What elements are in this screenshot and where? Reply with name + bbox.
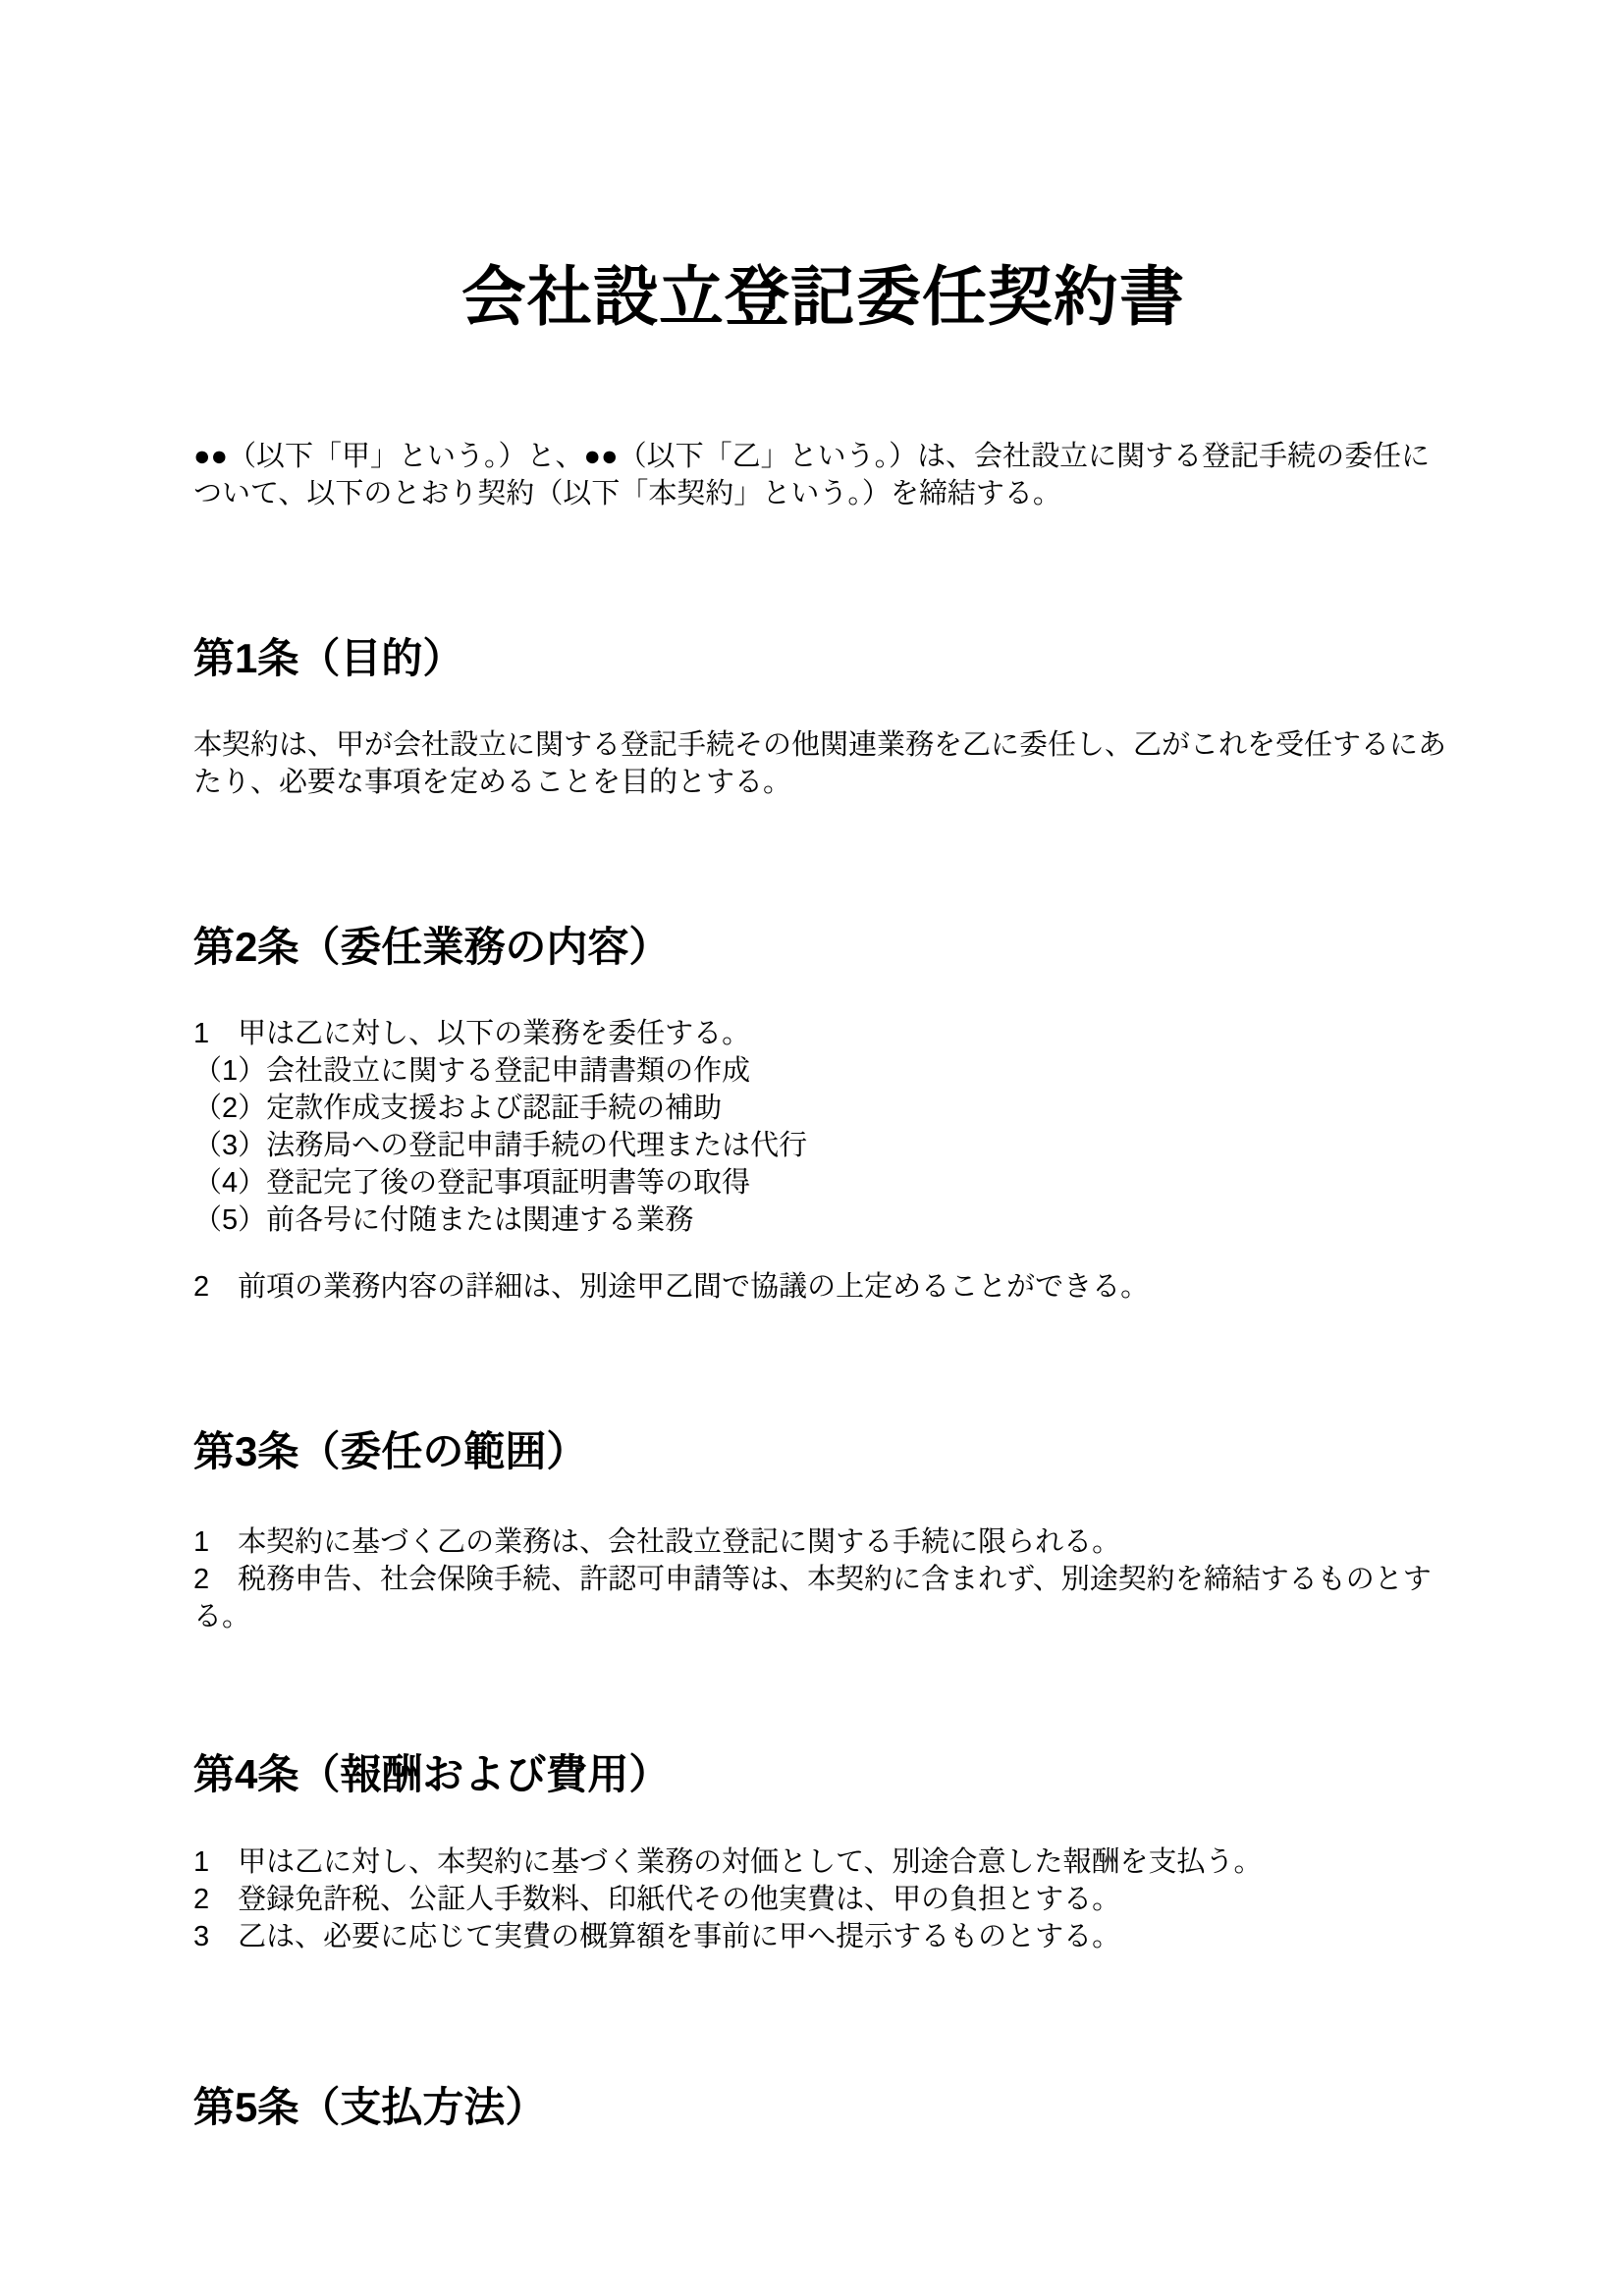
article-2: 第2条（委任業務の内容） 1 甲は乙に対し、以下の業務を委任する。 （1）会社設… — [193, 921, 1453, 1306]
article-3-clause-1: 1 本契約に基づく乙の業務は、会社設立登記に関する手続に限られる。 — [193, 1523, 1453, 1561]
article-2-clause-1-lead: 1 甲は乙に対し、以下の業務を委任する。 — [193, 1015, 1453, 1052]
article-3: 第3条（委任の範囲） 1 本契約に基づく乙の業務は、会社設立登記に関する手続に限… — [193, 1425, 1453, 1635]
article-4-clause-1: 1 甲は乙に対し、本契約に基づく業務の対価として、別途合意した報酬を支払う。 — [193, 1843, 1453, 1881]
article-2-heading: 第2条（委任業務の内容） — [193, 921, 1453, 974]
article-4: 第4条（報酬および費用） 1 甲は乙に対し、本契約に基づく業務の対価として、別途… — [193, 1748, 1453, 1955]
intro-paragraph: ●●（以下「甲」という。）と、●●（以下「乙」という。）は、会社設立に関する登記… — [193, 438, 1453, 512]
article-2-item-3: （3）法務局への登記申請手続の代理または代行 — [193, 1127, 1453, 1164]
document-title: 会社設立登記委任契約書 — [193, 257, 1453, 336]
article-2-item-1: （1）会社設立に関する登記申請書類の作成 — [193, 1052, 1453, 1090]
article-2-clause-1: 1 甲は乙に対し、以下の業務を委任する。 （1）会社設立に関する登記申請書類の作… — [193, 1015, 1453, 1239]
article-4-clause-2: 2 登録免許税、公証人手数料、印紙代その他実費は、甲の負担とする。 — [193, 1881, 1453, 1918]
article-2-item-5: （5）前各号に付随または関連する業務 — [193, 1201, 1453, 1239]
article-1: 第1条（目的） 本契約は、甲が会社設立に関する登記手続その他関連業務を乙に委任し… — [193, 632, 1453, 801]
article-1-paragraph: 本契約は、甲が会社設立に関する登記手続その他関連業務を乙に委任し、乙がこれを受任… — [193, 726, 1453, 801]
article-5: 第5条（支払方法） — [193, 2081, 1453, 2134]
article-1-body: 本契約は、甲が会社設立に関する登記手続その他関連業務を乙に委任し、乙がこれを受任… — [193, 726, 1453, 801]
article-1-heading: 第1条（目的） — [193, 632, 1453, 685]
article-4-heading: 第4条（報酬および費用） — [193, 1748, 1453, 1801]
article-3-body: 1 本契約に基づく乙の業務は、会社設立登記に関する手続に限られる。 2 税務申告… — [193, 1523, 1453, 1635]
article-2-clause-2: 2 前項の業務内容の詳細は、別途甲乙間で協議の上定めることができる。 — [193, 1268, 1453, 1306]
article-4-clause-3: 3 乙は、必要に応じて実費の概算額を事前に甲へ提示するものとする。 — [193, 1918, 1453, 1955]
article-2-item-4: （4）登記完了後の登記事項証明書等の取得 — [193, 1164, 1453, 1201]
contract-document-page: 会社設立登記委任契約書 ●●（以下「甲」という。）と、●●（以下「乙」という。）… — [0, 0, 1624, 2296]
article-4-body: 1 甲は乙に対し、本契約に基づく業務の対価として、別途合意した報酬を支払う。 2… — [193, 1843, 1453, 1955]
article-2-clause-2-text: 2 前項の業務内容の詳細は、別途甲乙間で協議の上定めることができる。 — [193, 1268, 1453, 1306]
article-3-clause-2: 2 税務申告、社会保険手続、許認可申請等は、本契約に含まれず、別途契約を締結する… — [193, 1561, 1453, 1635]
article-2-item-2: （2）定款作成支援および認証手続の補助 — [193, 1090, 1453, 1127]
article-5-heading: 第5条（支払方法） — [193, 2081, 1453, 2134]
article-3-heading: 第3条（委任の範囲） — [193, 1425, 1453, 1478]
